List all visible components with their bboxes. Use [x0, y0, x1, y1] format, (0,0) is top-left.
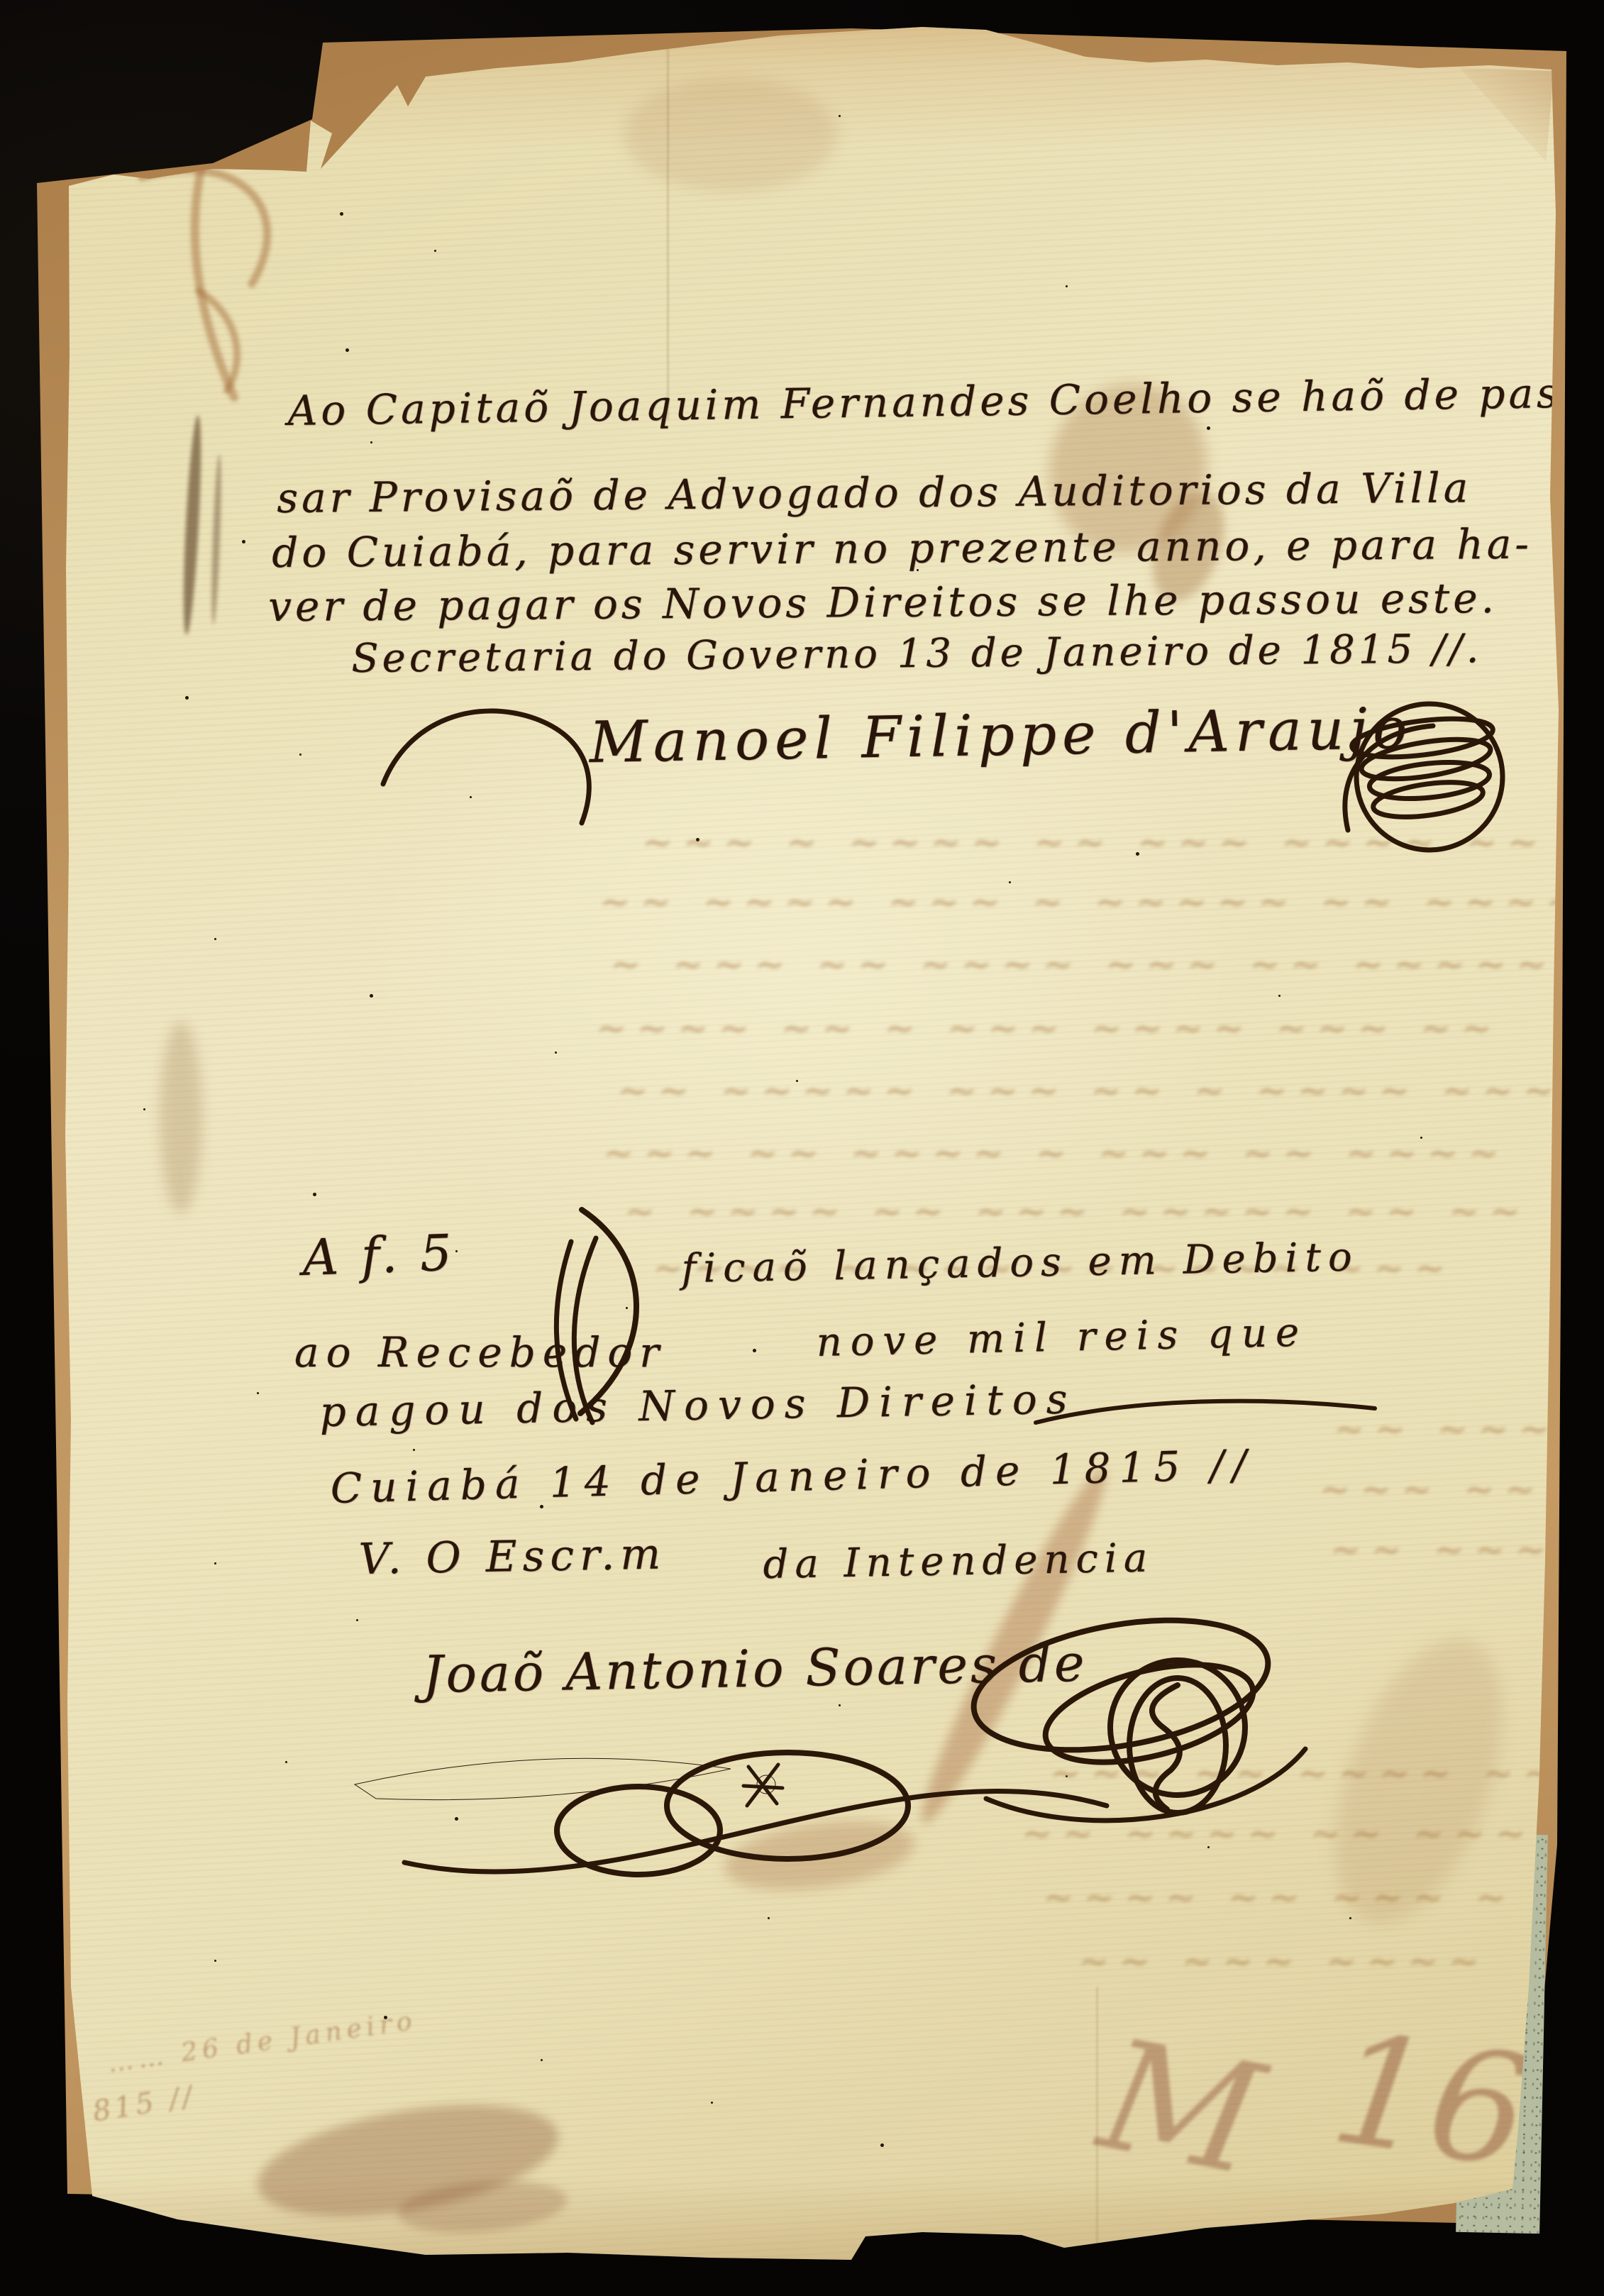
bleed-through-line: ~~~ ~~ ~~~~ ~ ~~~ ~~ ~~~~ — [603, 1132, 1509, 1175]
provision-line-4: ver de pagar os Novos Direitos se lhe pa… — [268, 574, 1498, 631]
receipt-line-2-right: nove mil reis que — [816, 1309, 1308, 1365]
secretary-signature: Manoel Filippe d'Araujo — [589, 695, 1413, 776]
paper-crease — [1096, 1987, 1098, 2256]
bottom-left-annotation: …… 26 de Janeiro — [106, 2007, 419, 2079]
smudge-stain — [160, 1022, 202, 1213]
provision-line-1: Ao Capitaõ Joaquim Fernandes Coelho se h… — [287, 369, 1579, 435]
receipt-attest-left: V. O Escr.m — [358, 1529, 667, 1584]
bleed-through-line: ~~~~ ~~ ~ ~~~ ~~~~ ~~~ ~~ — [596, 1008, 1502, 1050]
bleed-through-line: ~ ~~~~ ~~ ~~~ ~~~~~ ~~ ~~ — [624, 1191, 1530, 1233]
bottom-right-faded-mark: 16 — [1322, 1999, 1539, 2202]
manuscript-photo: ~~~ ~ ~~~~ ~~ ~~~ ~~~~ ~~ ~~ ~~~~ ~~~ ~ … — [0, 0, 1604, 2296]
bottom-right-faded-mark: M — [1088, 2005, 1275, 2209]
ink-stroke-stain — [180, 415, 204, 636]
manuscript-sheet: ~~~ ~ ~~~~ ~~ ~~~ ~~~~ ~~ ~~ ~~~~ ~~~ ~ … — [0, 0, 1604, 2296]
receipt-attest-right: da Intendencia — [763, 1535, 1154, 1588]
smudge-stain — [624, 78, 837, 192]
provision-line-3: do Cuiabá, para servir no prezente anno,… — [272, 520, 1532, 577]
bleed-through-line: ~~ ~~~~~ ~~~ ~~ ~ ~~~~ ~~~ — [617, 1070, 1564, 1113]
ink-stroke-stain — [210, 454, 223, 624]
pen-dash-icon — [1029, 1384, 1383, 1440]
bleed-through-line: ~ ~~~ ~~ ~~~~ ~~~ ~~ ~~~~~ — [610, 944, 1557, 986]
pen-swash-icon — [369, 678, 610, 841]
receipt-folio-ref: A f. 5 — [302, 1223, 456, 1286]
dog-ear-fold — [1460, 68, 1554, 162]
receipt-line-3: pagou dos Novos Direitos — [319, 1374, 1077, 1436]
paper-crease — [667, 37, 669, 420]
pen-coil-flourish-icon — [1309, 649, 1529, 869]
provision-line-2: sar Provisaõ de Advogado dos Auditorios … — [277, 463, 1472, 522]
underline-flourish-icon — [333, 1699, 1128, 1905]
bleed-through-line: ~~ ~~~ ~~~~ — [1078, 1941, 1489, 1983]
bleed-through-line: ~~ ~~~~ ~~~ ~ ~~~~~ ~~ ~~~~ — [599, 881, 1587, 924]
bleed-through-line: ~~~ ~~ — [1320, 1469, 1545, 1511]
ink-specks — [0, 0, 2, 2]
bottom-left-annotation-date: 1815 // — [69, 2080, 197, 2131]
receipt-line-2-left: ao Recebedor — [294, 1328, 666, 1376]
receipt-dateline: Cuiabá 14 de Janeiro de 1815 // — [330, 1440, 1256, 1513]
